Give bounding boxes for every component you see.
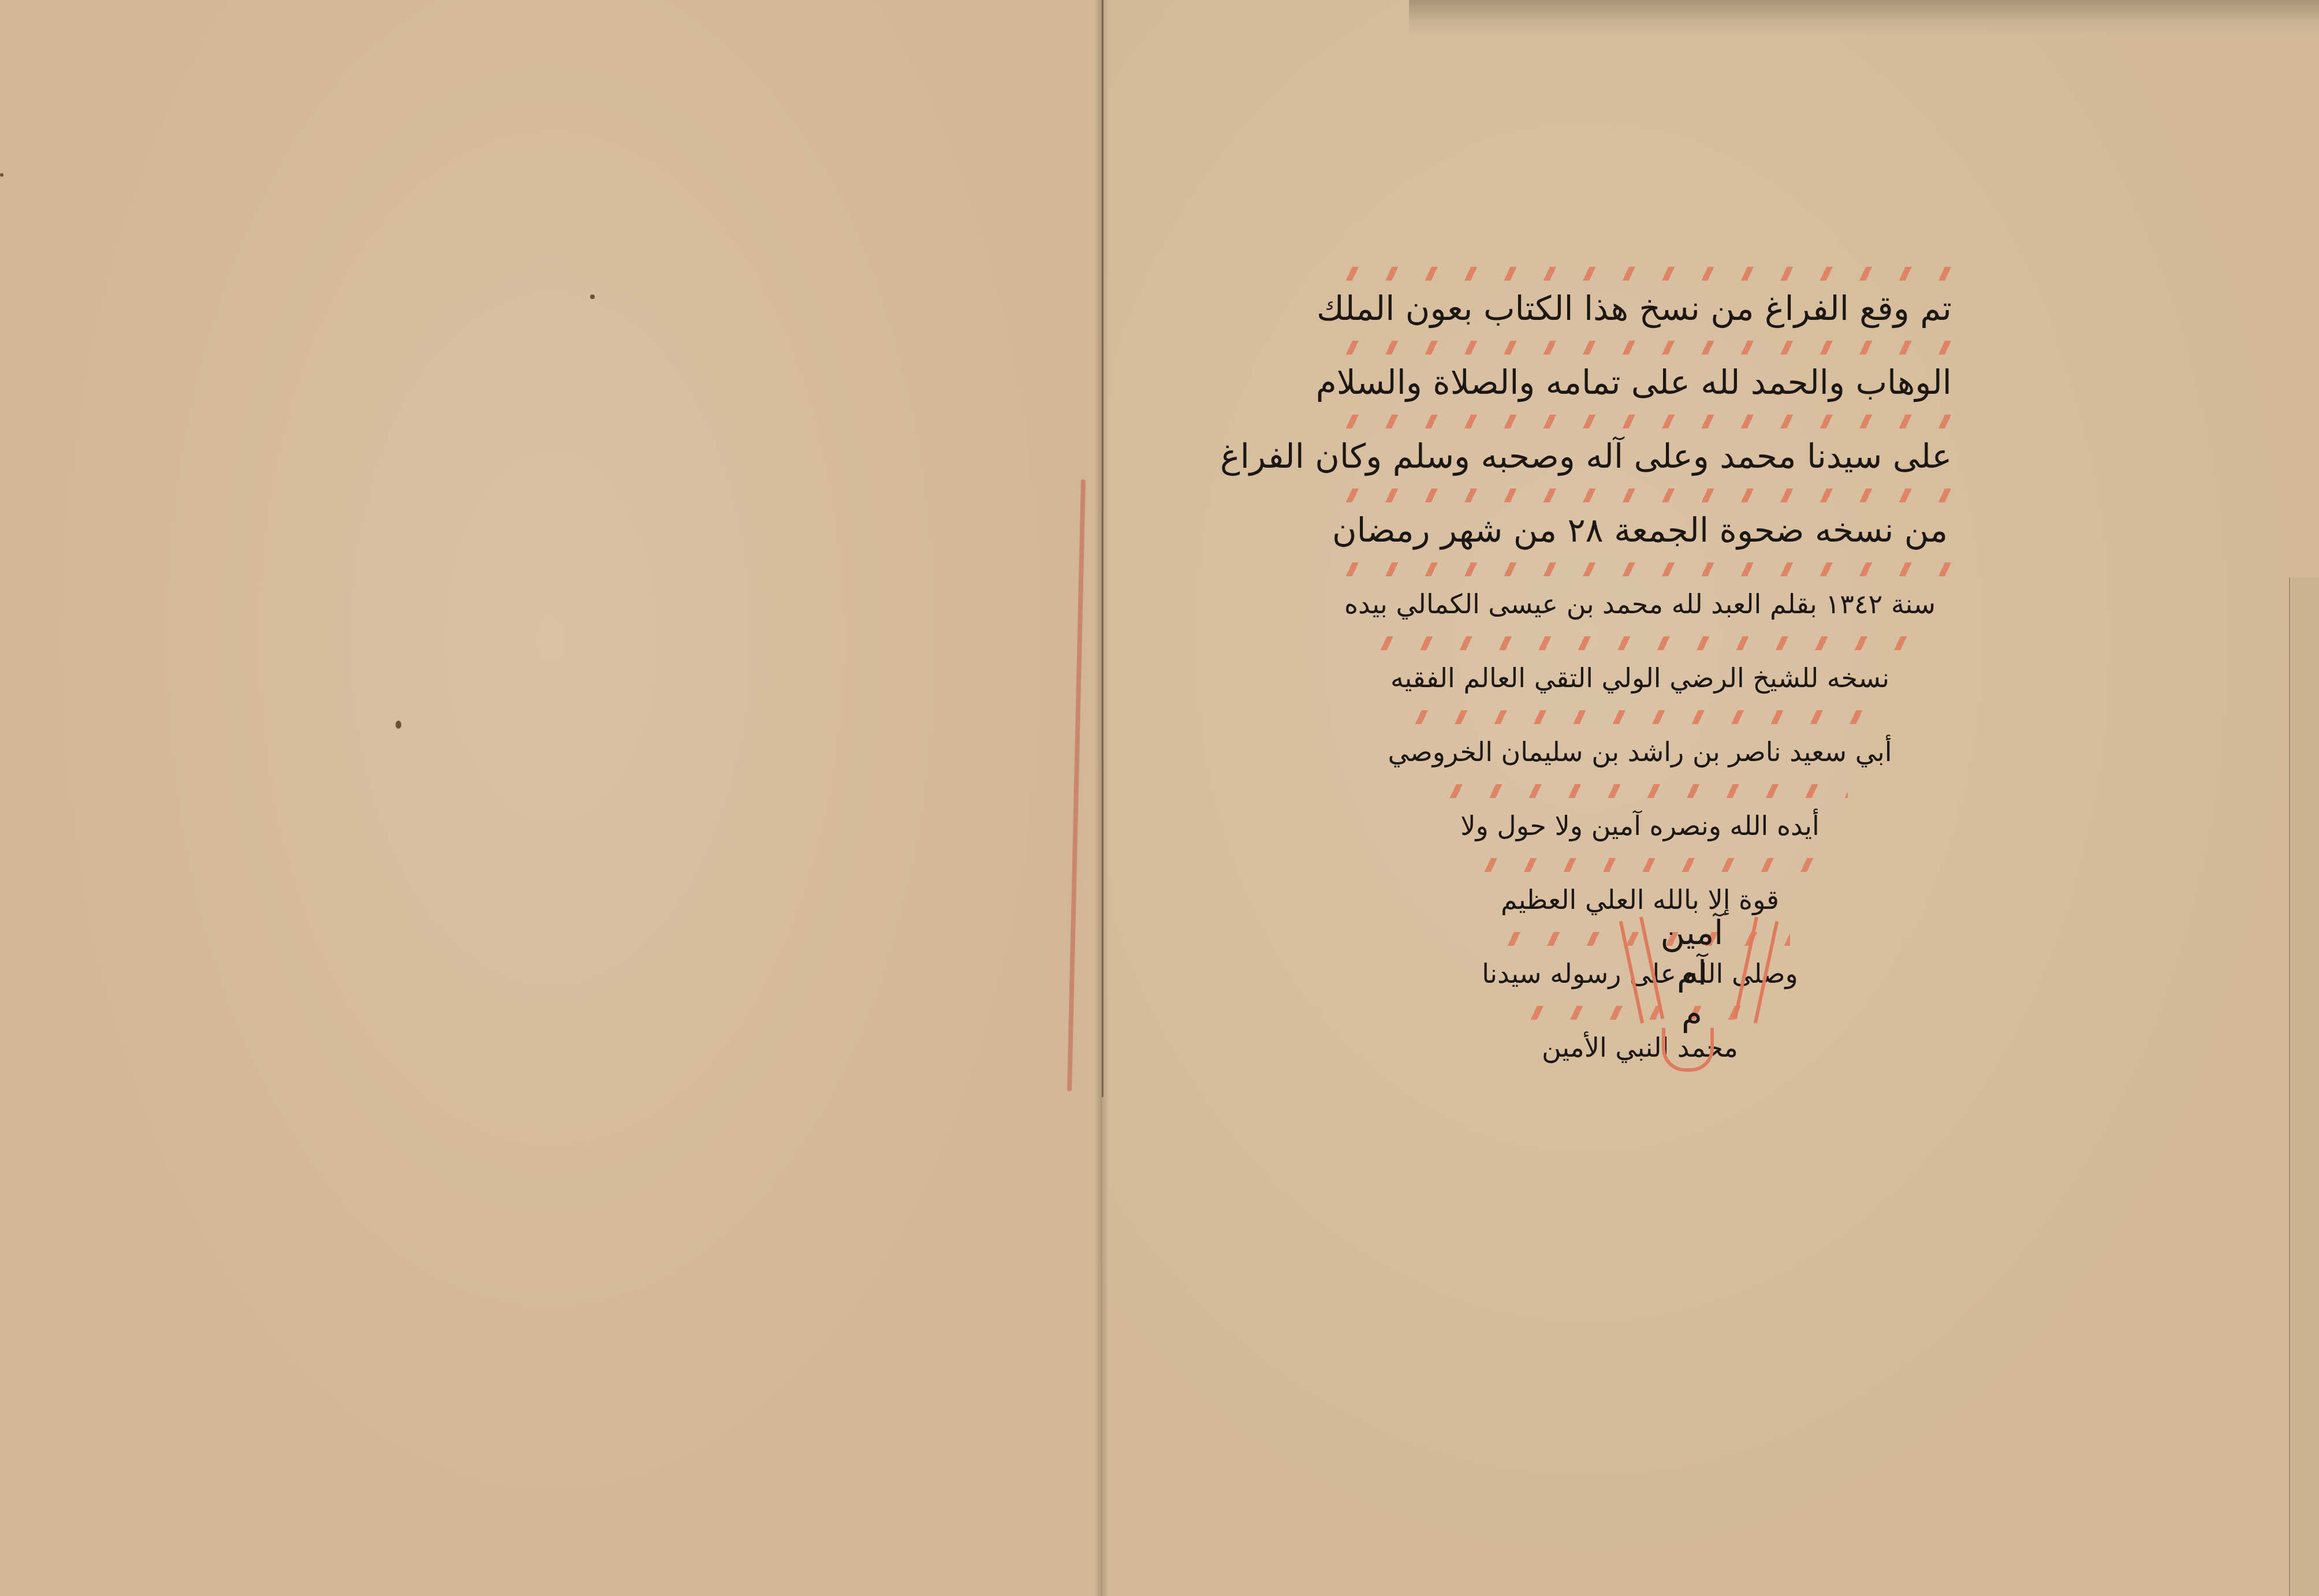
ink-speck (0, 173, 3, 177)
worn-top-edge (1409, 0, 2319, 37)
rubric-strokes (1363, 636, 1917, 650)
page-fore-edge (2289, 577, 2319, 1596)
ink-speck (590, 294, 595, 299)
foxing-spot (396, 721, 401, 729)
colophon-line-5: سنة ١٣٤٢ بقلم العبد لله محمد بن عيسى الك… (1328, 567, 1952, 641)
closing-amen: آمين آم م (1651, 912, 1732, 1034)
rubric-strokes (1328, 489, 1952, 502)
rubric-strokes (1432, 784, 1848, 798)
colophon-line-2: الوهاب والحمد لله على تمامه والصلاة والس… (1328, 345, 1952, 419)
rubric-strokes (1467, 858, 1813, 872)
colophon-line-4: من نسخه ضحوة الجمعة ٢٨ من شهر رمضان (1328, 493, 1952, 567)
rubric-strokes (1328, 267, 1952, 281)
colophon-line-1: تم وقع الفراغ من نسخ هذا الكتاب بعون الم… (1328, 271, 1952, 345)
rubric-strokes (1328, 415, 1952, 428)
red-frame-cup (1662, 1028, 1714, 1072)
colophon-line-3: على سيدنا محمد وعلى آله وصحبه وسلم وكان … (1328, 419, 1952, 493)
colophon-line-7: أبي سعيد ناصر بن راشد بن سليمان الخروصي (1328, 715, 1952, 789)
colophon-line-6: نسخه للشيخ الرضي الولي التقي العالم الفق… (1328, 641, 1952, 715)
left-page-blank (0, 0, 1102, 1596)
spine-fold-line (1102, 0, 1103, 1097)
rubric-strokes (1328, 562, 1952, 576)
colophon-line-8: أيده الله ونصره آمين ولا حول ولا (1328, 789, 1952, 863)
rubric-strokes (1397, 710, 1882, 724)
rubric-strokes (1328, 341, 1952, 355)
manuscript-spread: تم وقع الفراغ من نسخ هذا الكتاب بعون الم… (0, 0, 2319, 1596)
